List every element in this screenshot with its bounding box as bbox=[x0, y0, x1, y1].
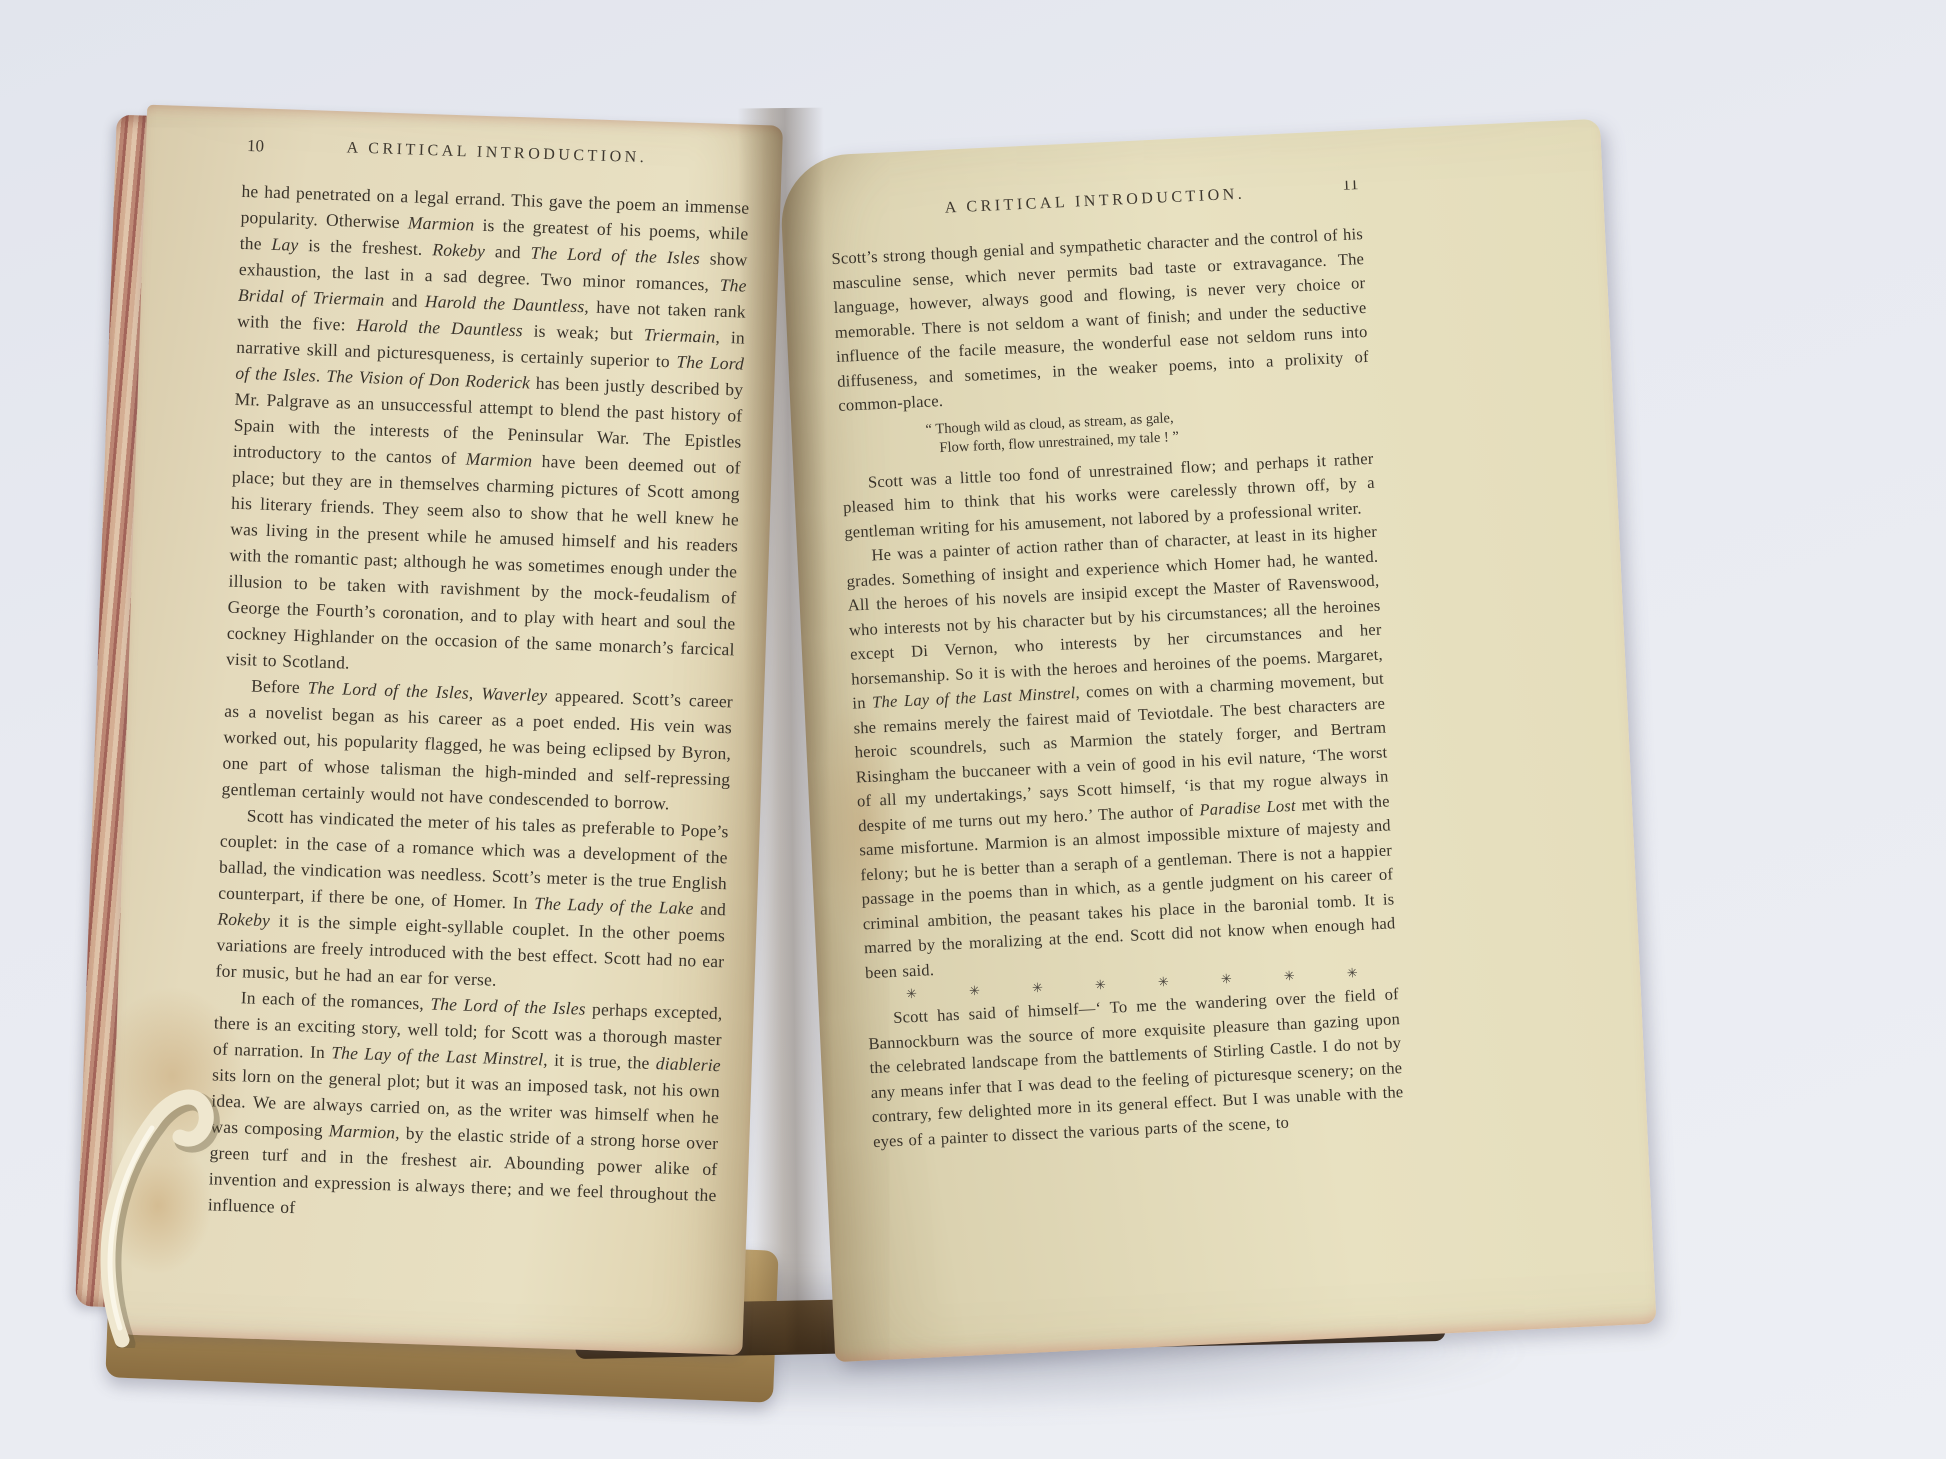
left-paragraph-1: he had penetrated on a legal errand. Thi… bbox=[226, 178, 750, 689]
right-paragraph-3: He was a painter of action rather than o… bbox=[845, 520, 1397, 986]
left-paragraph-3: Scott has vindicated the meter of his ta… bbox=[215, 802, 729, 1001]
right-paragraph-4: Scott has said of himself—‘ To me the wa… bbox=[867, 982, 1405, 1154]
left-page-content: 10 A CRITICAL INTRODUCTION. he had penet… bbox=[204, 136, 751, 1332]
photo-scene: 10 A CRITICAL INTRODUCTION. he had penet… bbox=[0, 0, 1946, 1459]
left-paragraph-2: Before The Lord of the Isles, Waverley a… bbox=[221, 672, 733, 819]
bookmark-cord bbox=[44, 988, 274, 1348]
left-paragraph-4: In each of the romances, The Lord of the… bbox=[207, 983, 722, 1234]
right-page-content: A CRITICAL INTRODUCTION. 11 Scott’s stro… bbox=[829, 180, 1414, 1344]
right-running-title: A CRITICAL INTRODUCTION. bbox=[944, 186, 1245, 217]
right-paragraph-1: Scott’s strong though genial and sympath… bbox=[831, 222, 1370, 418]
right-page: A CRITICAL INTRODUCTION. 11 Scott’s stro… bbox=[779, 119, 1657, 1362]
left-page-number: 10 bbox=[247, 136, 265, 157]
left-page-header: 10 A CRITICAL INTRODUCTION. bbox=[243, 136, 751, 171]
right-page-number: 11 bbox=[1342, 180, 1359, 195]
right-page-header: A CRITICAL INTRODUCTION. 11 bbox=[829, 180, 1361, 223]
left-running-title: A CRITICAL INTRODUCTION. bbox=[346, 139, 647, 166]
